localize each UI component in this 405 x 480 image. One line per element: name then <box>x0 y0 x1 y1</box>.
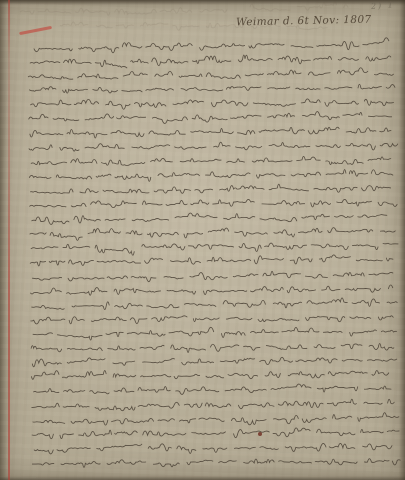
handwriting-line <box>32 399 395 412</box>
bleedthrough-line <box>60 22 328 30</box>
handwriting-line <box>30 126 391 139</box>
handwriting-line <box>31 342 394 354</box>
handwriting-line <box>34 383 391 396</box>
handwriting-line <box>29 140 398 153</box>
handwriting-line <box>32 457 400 469</box>
handwriting-line <box>33 413 399 428</box>
handwriting-line <box>31 367 388 381</box>
handwriting-line <box>30 198 397 210</box>
handwriting-line <box>31 313 393 325</box>
handwriting-line <box>31 284 393 296</box>
handwriting-line <box>32 355 397 367</box>
handwriting-line <box>34 441 392 455</box>
handwriting-line <box>33 325 397 340</box>
bleedthrough-line <box>250 2 348 11</box>
bleedthrough-ink-layer <box>20 2 348 30</box>
bleedthrough-line <box>20 8 227 16</box>
handwriting-line <box>29 111 392 125</box>
handwriting-line <box>28 67 393 80</box>
handwriting-body <box>0 0 405 480</box>
handwriting-line <box>30 254 393 266</box>
handwriting-line <box>34 38 389 54</box>
handwriting-line <box>32 297 398 310</box>
ink-blot <box>258 432 262 436</box>
handwriting-line <box>30 225 395 240</box>
handwriting-ink-layer <box>28 38 401 469</box>
handwriting-line <box>32 270 393 283</box>
handwriting-line <box>31 155 391 167</box>
handwriting-line <box>31 96 394 110</box>
handwriting-line <box>31 241 398 256</box>
scanned-letter-page: { "document": { "kind": "handwritten let… <box>0 0 405 480</box>
handwriting-line <box>29 83 395 94</box>
handwriting-line <box>29 169 393 183</box>
handwriting-line <box>32 211 387 225</box>
handwriting-line <box>32 427 399 440</box>
handwriting-line <box>30 54 391 69</box>
handwriting-line <box>30 183 390 195</box>
